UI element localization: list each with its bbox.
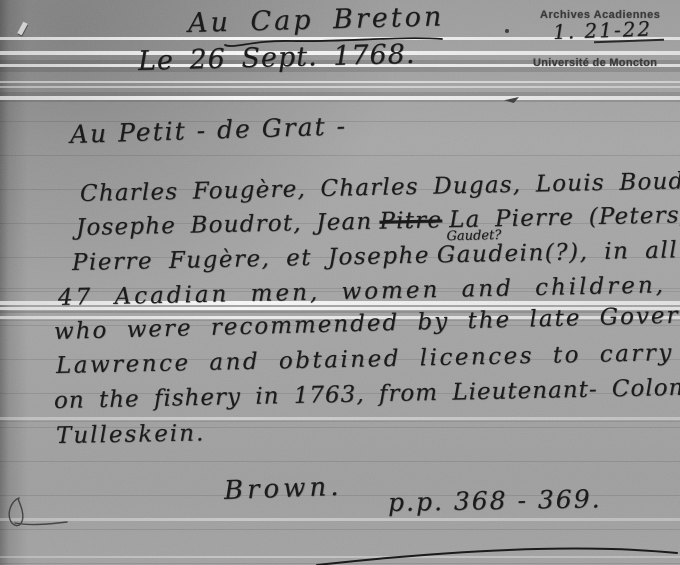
scan-streak-artifact bbox=[0, 518, 680, 521]
place-heading: Au Petit - de Grat - bbox=[70, 111, 348, 149]
document-title: Au Cap Breton bbox=[188, 1, 445, 39]
scan-streak-artifact bbox=[0, 417, 680, 420]
scanned-document-page: Au Cap Breton Le 26 Sept. 1768. Archives… bbox=[0, 0, 680, 565]
scan-streak-artifact bbox=[0, 86, 680, 88]
scan-streak-artifact bbox=[0, 81, 680, 83]
note-line-8: Tulleskein. bbox=[56, 420, 206, 449]
paper-blemish-mark bbox=[17, 22, 28, 36]
struck-out-word: Pitre bbox=[379, 207, 442, 234]
note-line-6: Lawrence and obtained licences to carry bbox=[56, 340, 674, 379]
ink-dot-mark bbox=[505, 29, 509, 33]
stray-curve-stroke bbox=[305, 531, 680, 565]
note-line-3-text: , in all bbox=[579, 237, 678, 265]
note-line-2: Josephe Boudrot, JeanPitreLa Pierre (Pet… bbox=[76, 202, 680, 241]
note-line-7: on the fishery in 1763, from Lieutenant-… bbox=[54, 374, 680, 414]
note-line-2-text: Josephe Boudrot, Jean bbox=[76, 209, 373, 241]
source-attribution: Brown. bbox=[223, 472, 342, 506]
scan-streak-artifact bbox=[0, 96, 680, 100]
note-line-3-text: Pierre Fugère, et Josephe bbox=[72, 243, 430, 276]
stray-loop-stroke bbox=[5, 496, 75, 536]
uncertain-word: Gaudet?Gaudein(?) bbox=[437, 239, 580, 268]
note-line-3: Pierre Fugère, et JosepheGaudet?Gaudein(… bbox=[72, 237, 679, 276]
interlinear-annotation: Gaudet? bbox=[446, 228, 501, 244]
archive-stamp-institution: Université de Moncton bbox=[533, 57, 657, 69]
note-line-1: Charles Fougère, Charles Dugas, Louis Bo… bbox=[80, 167, 680, 207]
scan-streak-artifact bbox=[0, 556, 680, 558]
page-reference: p.p. 368 - 369. bbox=[388, 484, 602, 517]
